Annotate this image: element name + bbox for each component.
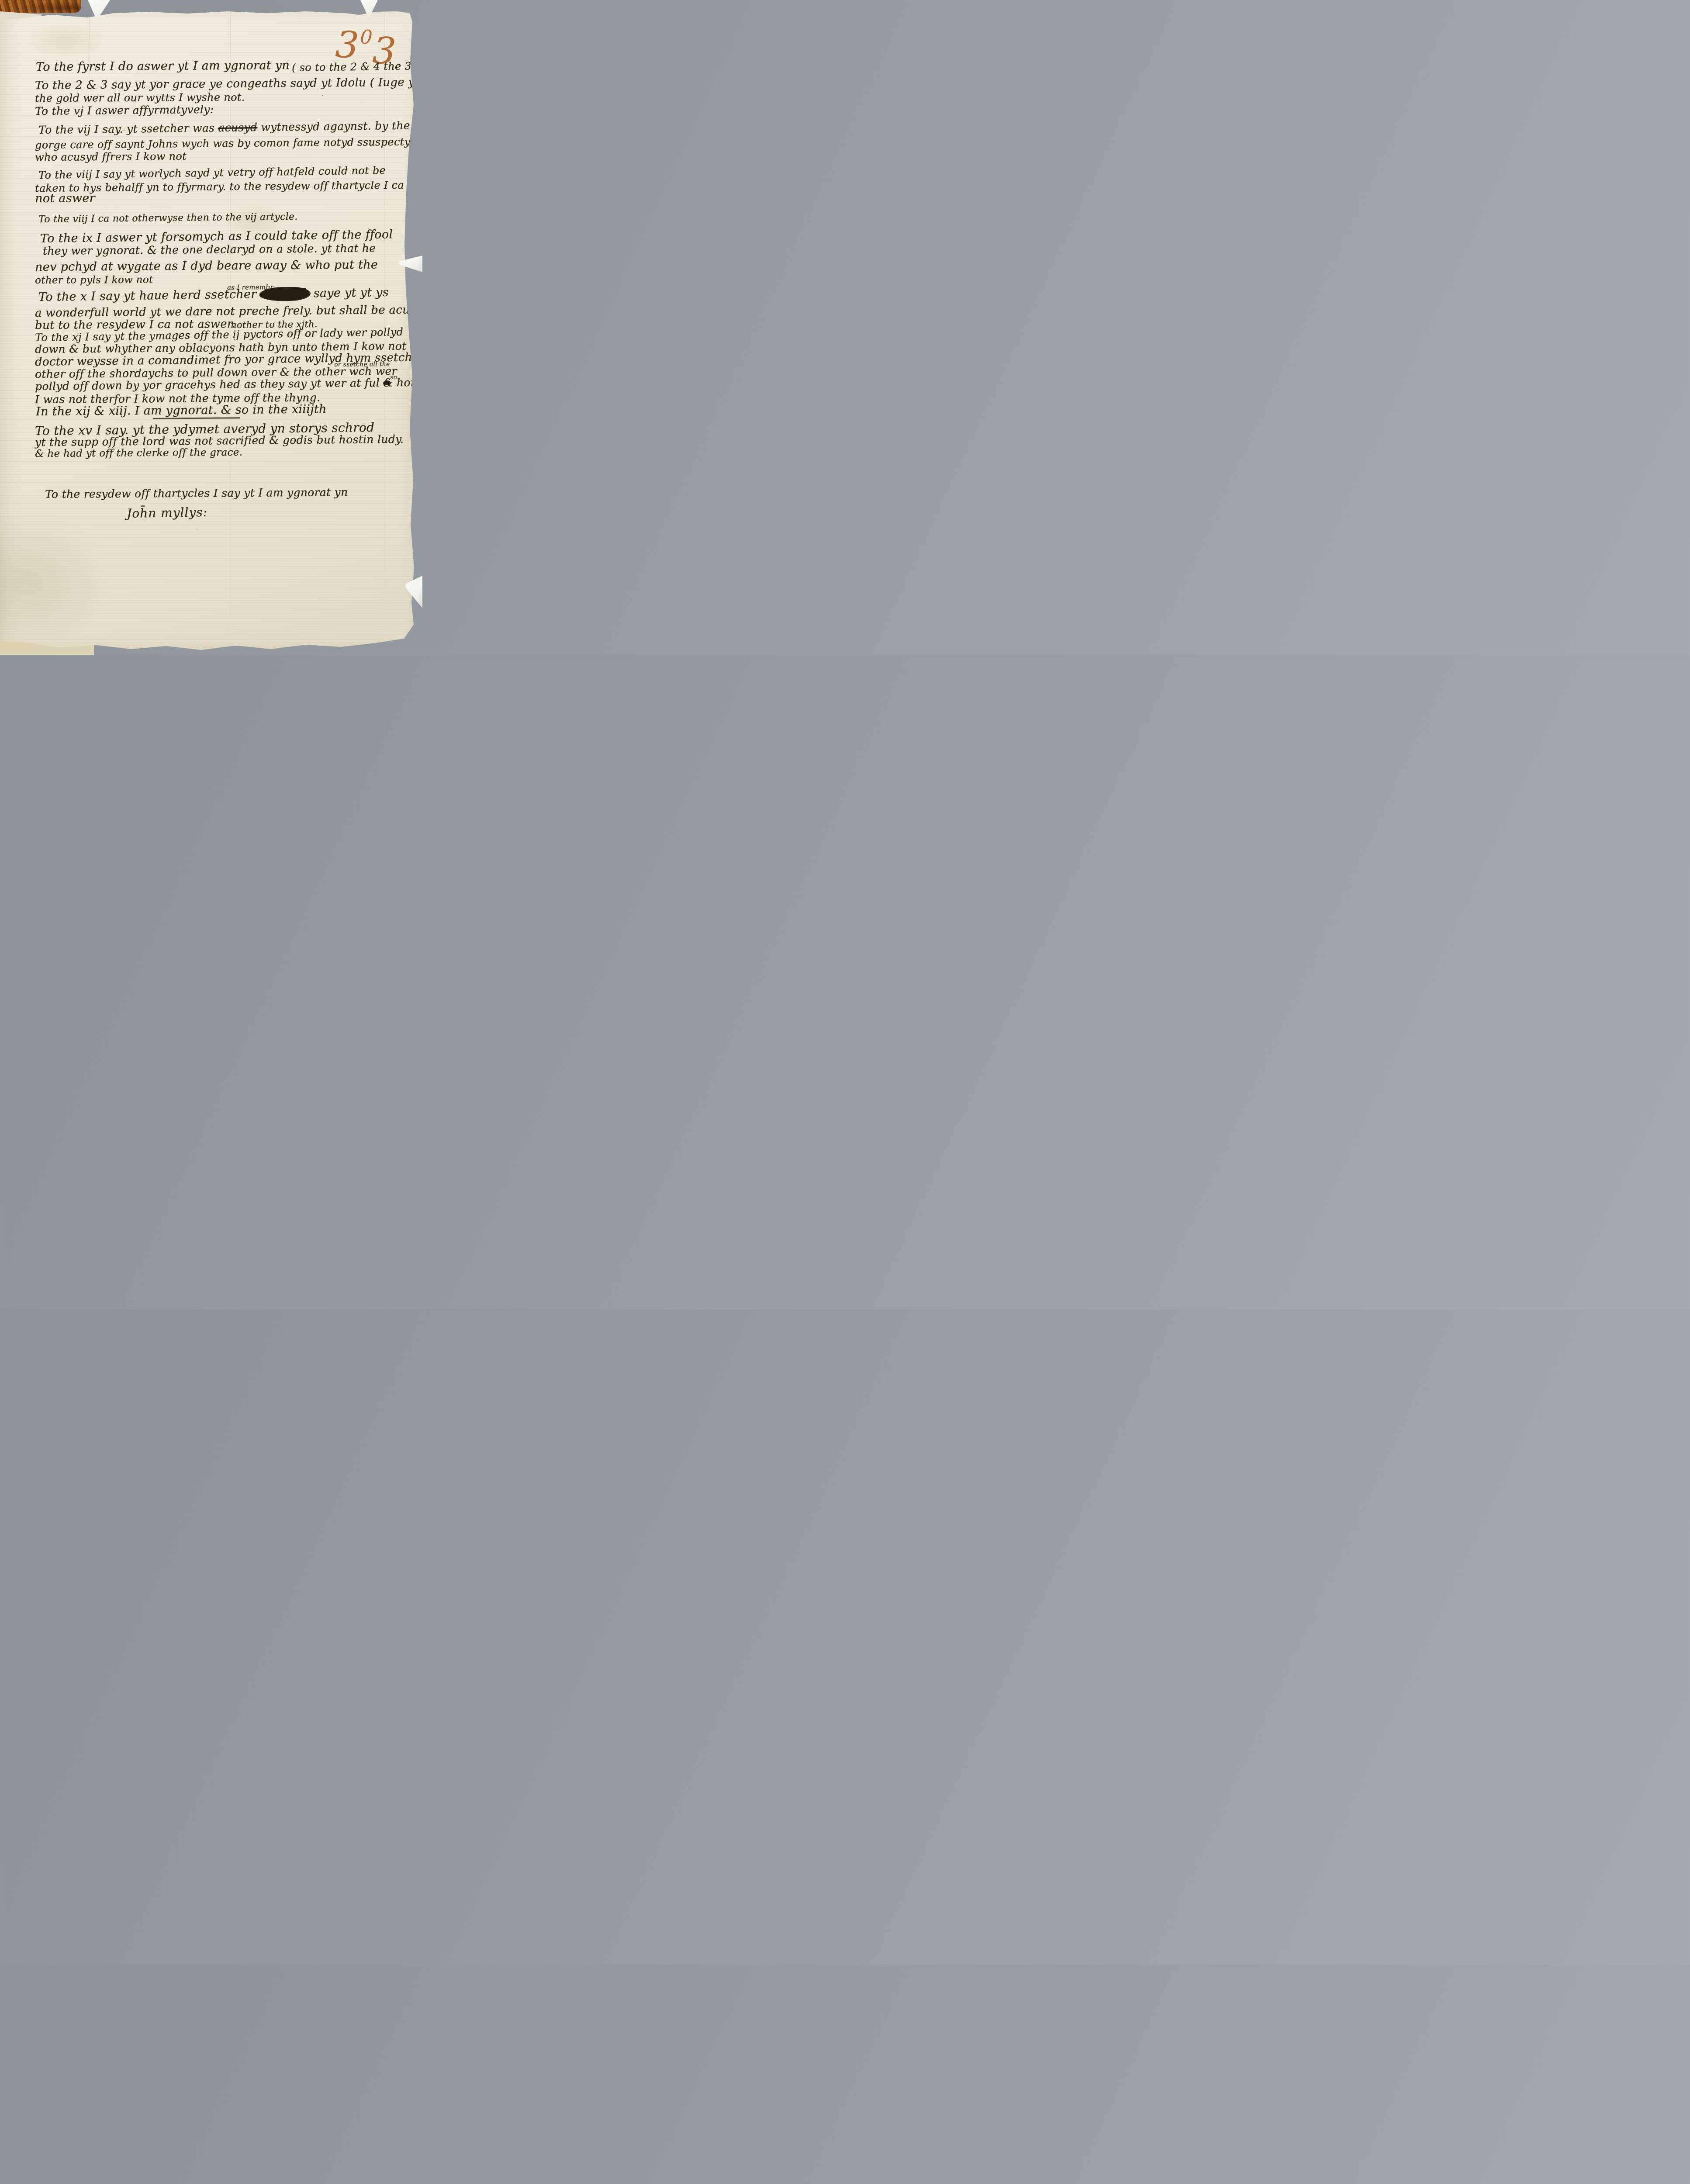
line-16-pre: To the x I say yt haue herd ssetcher [38,287,261,304]
manuscript-line-4: To the vj I aswer affyrmatyvely: [35,103,214,117]
manuscript-line-27: yt the supp off the lord was not sacrifi… [35,433,404,449]
photo-backdrop: { "scene": { "backdrop_color": "#979ca3"… [0,0,422,655]
paper-crease [384,13,385,638]
manuscript-line-6: gorge care off saynt Johns wych was by c… [35,135,417,151]
manuscript-line-10: not aswer [35,191,95,205]
line-5-pre: To the vij I say. yt ssetcher was [38,121,218,136]
manuscript-line-16: To the x I say yt haue herd ssetcher blo… [38,286,389,304]
line-5-struck-word: acusyd [218,121,257,134]
manuscript-line-28: & he had yt off the clerke off the grace… [35,447,242,460]
manuscript-page: 303 To the fyrst I do aswer yt I am ygno… [0,0,422,655]
manuscript-line-8: To the viij I say yt worlych sayd yt vet… [38,164,386,181]
manuscript-line-5: To the vij I say. yt ssetcher was acusyd… [38,119,410,136]
ink-speck [322,95,323,96]
manuscript-line-13: they wer ygnorat. & the one declaryd on … [43,242,376,257]
manuscript-line-1: To the fyrst I do aswer yt I am ygnorat … [36,59,290,74]
manuscript-line-29: To the resydew off thartycles I say yt I… [45,486,348,501]
manuscript-line-2: To the 2 & 3 say yt yor grace ye congeat… [35,76,420,92]
line-16-blotted-word: blottyd [260,287,310,301]
manuscript-line-11: To the viij I ca not otherwyse then to t… [38,211,298,225]
manuscript-line-25: In the xij & xiij. I am ygnorat. & so in… [36,402,327,418]
line-5-post: wytnessyd agaynst. by the [257,119,410,134]
manuscript-line-14: nev pchyd at wygate as I dyd beare away … [35,258,378,274]
ink-speck [197,529,198,530]
signature: Joh̄n myllys: [127,505,208,521]
manuscript-line-3: the gold wer all our wytts I wyshe not. [35,91,245,104]
ink-underline-flourish [153,417,240,419]
line-16-post: saye yt yt ys [310,286,389,301]
binding-cord [0,0,81,13]
folio-digit: 0 [359,26,374,49]
manuscript-line-7: who acusyd ffrers I kow not [35,150,187,163]
manuscript-line-15: other to pyls I kow not [35,274,153,286]
manuscript-line-1-right: ( so to the 2 & 4 the 3. [292,60,415,74]
